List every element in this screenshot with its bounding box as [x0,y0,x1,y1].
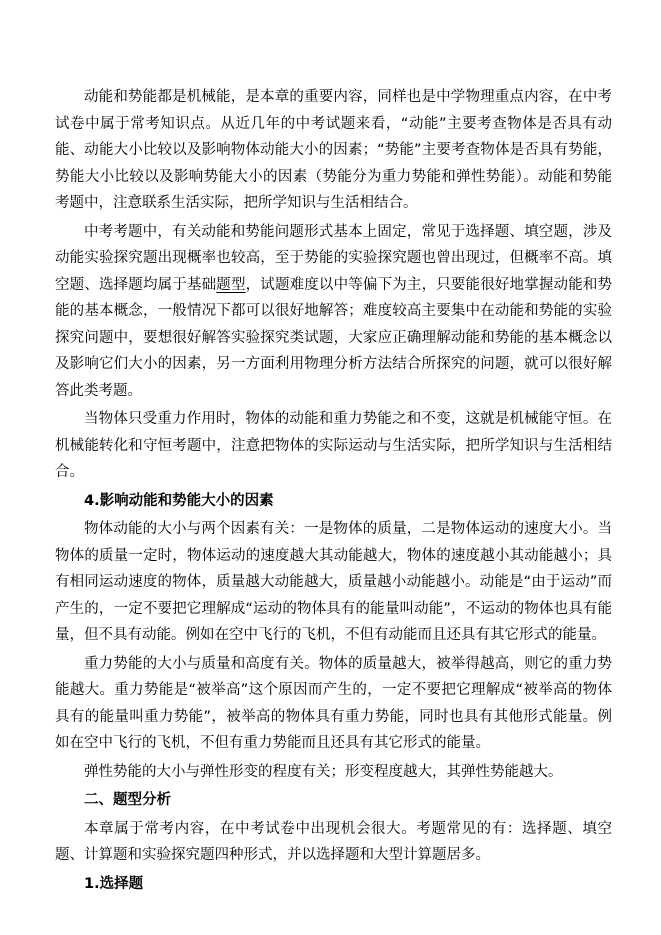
paragraph-elastic-potential: 弹性势能的大小与弹性形变的程度有关；形变程度越大，其弹性势能越大。 [55,759,612,786]
paragraph-exam-overview: 中考考题中，有关动能和势能问题形式基本上固定，常见于选择题、填空题，涉及动能实验… [55,219,612,405]
heading-section-two: 二、题型分析 [55,787,612,814]
heading-choice-questions: 1.选择题 [55,871,612,898]
document-page: 动能和势能都是机械能，是本章的重要内容，同样也是中学物理重点内容，在中考试卷中属… [0,0,661,935]
paragraph-gravitational-potential: 重力势能的大小与质量和高度有关。物体的质量越大，被举得越高，则它的重力势能越大。… [55,651,612,757]
paragraph-kinetic-energy: 物体动能的大小与两个因素有关：一是物体的质量，二是物体运动的速度大小。当物体的质… [55,516,612,649]
paragraph-question-types: 本章属于常考内容，在中考试卷中出现机会很大。考题常见的有：选择题、填空题、计算题… [55,816,612,869]
heading-factors: 4.影响动能和势能大小的因素 [55,488,612,515]
paragraph-exam-text-post: ，试题难度以中等偏下为主，只要能很好地掌握动能和势能的基本概念，一般情况下都可以… [55,277,612,399]
paragraph-energy-conservation: 当物体只受重力作用时，物体的动能和重力势能之和不变，这就是机械能守恒。在机械能转… [55,406,612,486]
paragraph-intro: 动能和势能都是机械能，是本章的重要内容，同样也是中学物理重点内容，在中考试卷中属… [55,84,612,217]
paragraph-exam-underlined-term: 题型 [216,277,245,293]
